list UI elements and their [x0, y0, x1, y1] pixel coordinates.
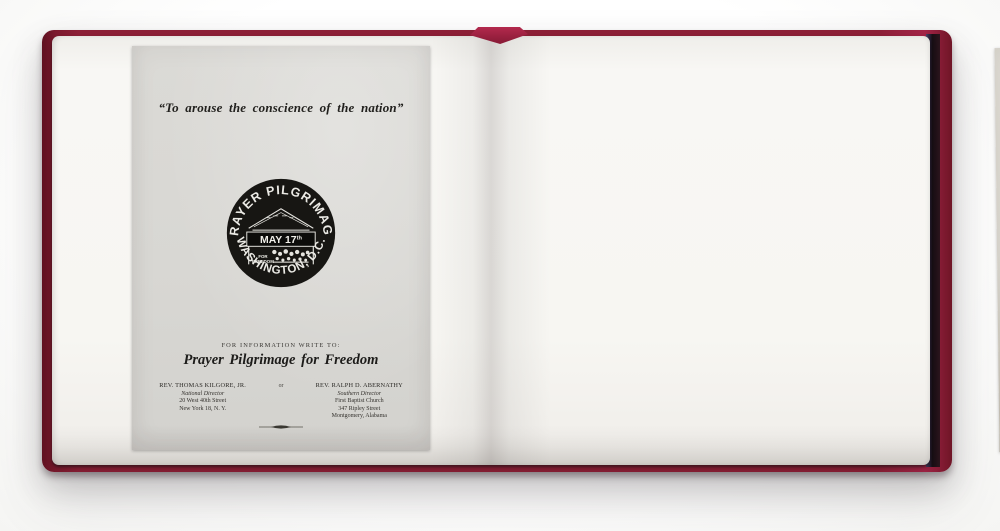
- contact-left: REV. THOMAS KILGORE, JR. National Direct…: [146, 382, 259, 413]
- pilgrimage-flyer: “To arouse the conscience of the nation”: [132, 46, 430, 450]
- seal-emblem-svg: MAY 17th: [224, 176, 338, 290]
- flyer-quote: “To arouse the conscience of the nation”: [132, 100, 430, 116]
- flyer-title: Prayer Pilgrimage for Freedom: [132, 352, 430, 369]
- prayer-pilgrimage-seal: MAY 17th: [224, 176, 338, 290]
- book: “To arouse the conscience of the nation”: [42, 30, 952, 472]
- left-page: “To arouse the conscience of the nation”: [52, 36, 491, 465]
- contact-right-address-line: 347 Ripley Street: [303, 406, 416, 414]
- right-page: ADDRESS BY REV. DR. MARTIN LUTHER KING, …: [491, 36, 930, 465]
- contact-right-role: Southern Director: [303, 391, 416, 399]
- contact-right-address-line: Montgomery, Alabama: [303, 413, 416, 421]
- contacts: REV. THOMAS KILGORE, JR. National Direct…: [146, 382, 416, 421]
- contact-right-address-line: First Baptist Church: [303, 398, 416, 406]
- contact-left-role: National Director: [146, 391, 259, 399]
- write-to-label: FOR INFORMATION WRITE TO:: [132, 342, 430, 349]
- contact-left-address-line: New York 18, N. Y.: [146, 406, 259, 414]
- contact-left-name: REV. THOMAS KILGORE, JR.: [146, 382, 259, 390]
- seal-banner-text: MAY 17th: [260, 235, 302, 246]
- pages: “To arouse the conscience of the nation”: [52, 36, 930, 465]
- contact-left-address-line: 20 West 40th Street: [146, 398, 259, 406]
- divider-ornament-icon: [258, 418, 304, 436]
- typed-document: ADDRESS BY REV. DR. MARTIN LUTHER KING, …: [995, 44, 1000, 452]
- contact-conjunction: or: [259, 382, 302, 389]
- contact-right: REV. RALPH D. ABERNATHY Southern Directo…: [303, 382, 416, 421]
- contact-right-name: REV. RALPH D. ABERNATHY: [303, 382, 416, 390]
- photo-of-open-book: “To arouse the conscience of the nation”: [0, 0, 1000, 531]
